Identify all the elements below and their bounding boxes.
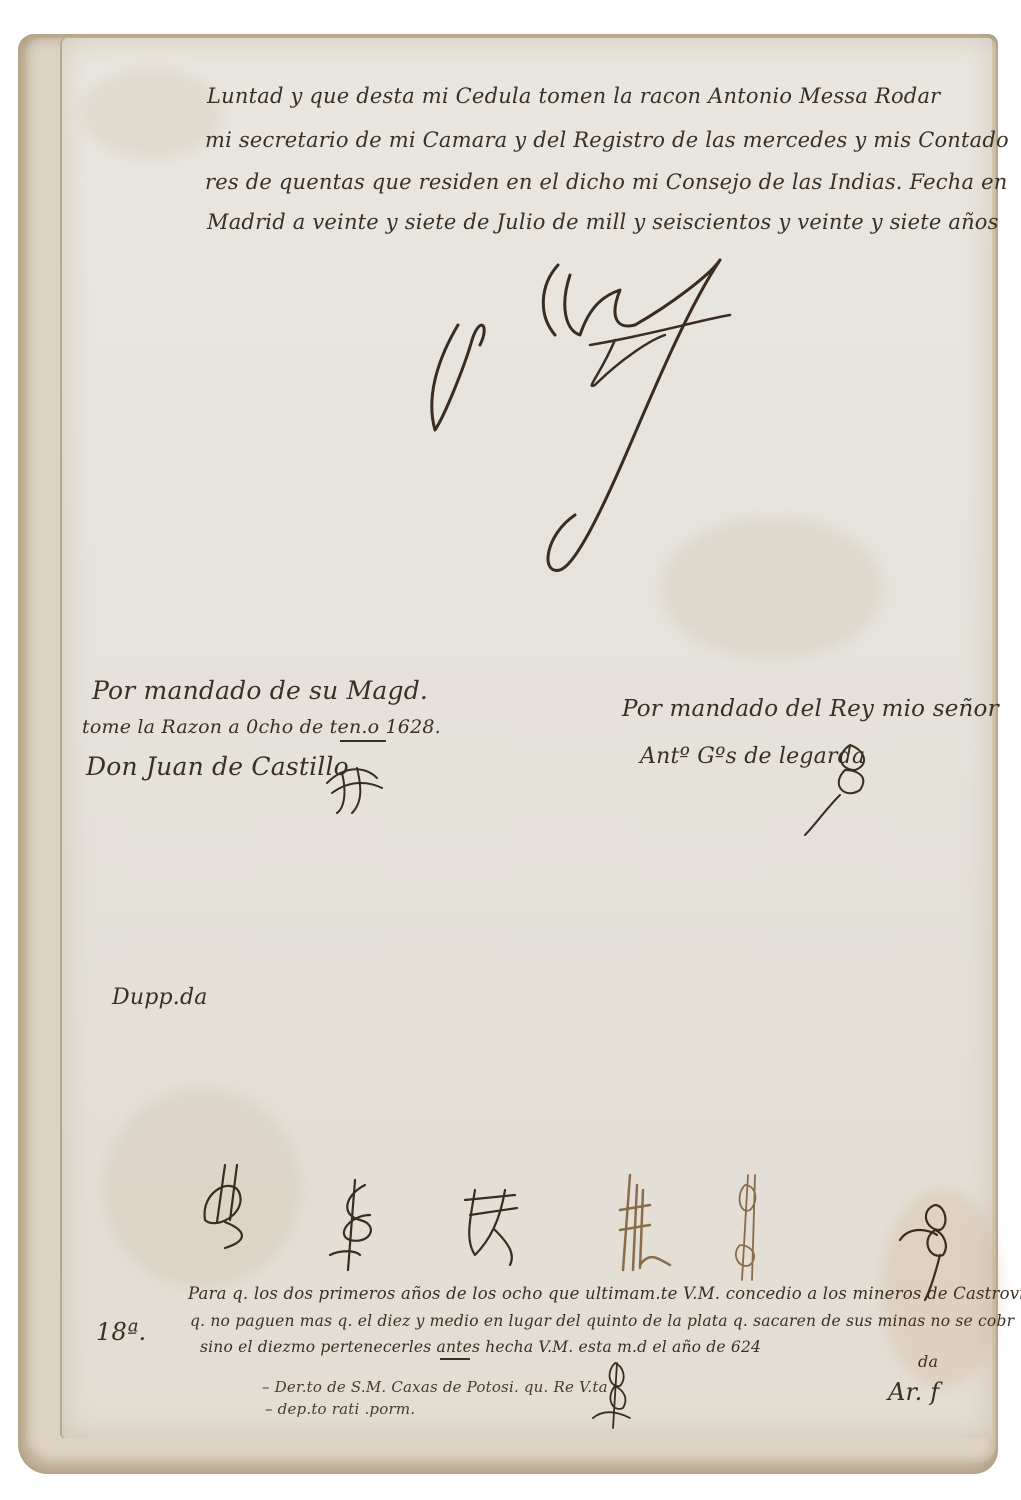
- body-text-line-2: mi secretario de mi Camara y del Registr…: [205, 128, 1009, 152]
- entry-number: 18ª.: [96, 1318, 146, 1346]
- bottom-entry-line-1: Para q. los dos primeros años de los och…: [188, 1284, 1021, 1303]
- signoff-line-2: – dep.to rati .porm.: [265, 1400, 415, 1418]
- council-rubric-3: [455, 1180, 535, 1270]
- body-text-line-3: res de quentas que residen en el dicho m…: [205, 170, 1007, 194]
- year-624-underline: [440, 1358, 470, 1360]
- left-annotation-line-2: tome la Razon a 0cho de ten.o 1628.: [82, 716, 441, 738]
- body-text-line-4: Madrid a veinte y siete de Julio de mill…: [207, 210, 999, 234]
- corner-note: da: [918, 1352, 938, 1371]
- right-annotation-line-1: Por mandado del Rey mio señor: [622, 696, 999, 722]
- council-rubric-2: [320, 1175, 400, 1275]
- legarda-rubric: [800, 740, 890, 840]
- council-rubric-5: [720, 1170, 780, 1290]
- stain: [82, 68, 222, 158]
- council-rubric-1: [195, 1160, 275, 1250]
- left-annotation-line-3: Don Juan de Castillo: [86, 752, 349, 781]
- bottom-entry-line-2: q. no paguen mas q. el diez y medio en l…: [190, 1312, 1014, 1330]
- signoff-line-1: – Der.to de S.M. Caxas de Potosi. qu. Re…: [262, 1378, 608, 1396]
- council-rubric-4: [605, 1170, 675, 1280]
- year-underline: [340, 740, 386, 742]
- bottom-entry-line-3: sino el diezmo pertenecerles antes hecha…: [200, 1338, 761, 1356]
- left-annotation-line-1: Por mandado de su Magd.: [92, 676, 428, 705]
- margin-note-duplicada: Dupp.da: [112, 985, 208, 1010]
- royal-signature-flourish: [410, 245, 730, 595]
- body-text-line-1: Luntad y que desta mi Cedula tomen la ra…: [207, 84, 940, 108]
- castillo-rubric: [322, 758, 392, 818]
- corner-initials: Ar. f: [888, 1378, 939, 1406]
- signoff-rubric: [585, 1358, 645, 1433]
